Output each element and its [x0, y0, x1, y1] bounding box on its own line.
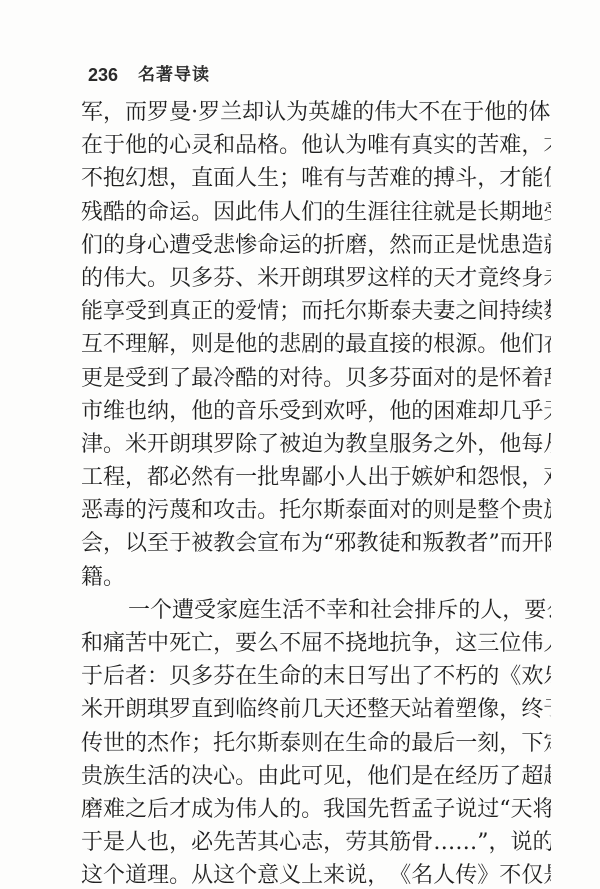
paragraph-1: 军，而罗曼·罗兰却认为英雄的伟大不在于他的体魄，而 在于他的心灵和品格。他认为唯…	[81, 96, 551, 594]
text-line: 工程，都必然有一批卑鄙小人出于嫉妒和怨恨，对他进行	[81, 461, 551, 494]
text-line: 恶毒的污蔑和攻击。托尔斯泰面对的则是整个贵族上流社	[81, 494, 551, 527]
book-page: 236 名著导读 军，而罗曼·罗兰却认为英雄的伟大不在于他的体魄，而 在于他的心…	[0, 0, 600, 889]
text-line: 市维也纳，他的音乐受到欢呼，他的困难却几乎无人问	[81, 395, 551, 428]
page-number: 236	[88, 62, 118, 88]
text-line: 津。米开朗琪罗除了被迫为教皇服务之外，他每从事一项	[81, 428, 551, 461]
text-line: 磨难之后才成为伟人的。我国先哲孟子说过“天将降大任	[81, 793, 551, 826]
text-line: 贵族生活的决心。由此可见，他们是在经历了超越常人的	[81, 760, 551, 793]
text-line: 这个道理。从这个意义上来说，《名人传》不仅是一部文	[81, 859, 551, 889]
text-line: 于后者：贝多芬在生命的末日写出了不朽的《欢乐颂》；	[81, 660, 551, 693]
text-line: 在于他的心灵和品格。他认为唯有真实的苦难，才能使人	[81, 129, 551, 162]
text-line: 的伟大。贝多芬、米开朗琪罗这样的天才竟终身未婚，未	[81, 262, 551, 295]
paragraph-2: 一个遭受家庭生活不幸和社会排斥的人，要么在孤独 和痛苦中死亡，要么不屈不挠地抗争…	[81, 594, 551, 889]
running-title: 名著导读	[138, 62, 210, 88]
text-line: 们的身心遭受悲惨命运的折磨，然而正是忧患造就了他们	[81, 229, 551, 262]
text-line: 一个遭受家庭生活不幸和社会排斥的人，要么在孤独	[81, 594, 551, 627]
text-line: 传世的杰作；托尔斯泰则在生命的最后一刻，下定了摆脱	[81, 727, 551, 760]
text-line: 和痛苦中死亡，要么不屈不挠地抗争，这三位伟人正是属	[81, 627, 551, 660]
text-line: 会，以至于被教会宣布为“邪教徒和叛教者”而开除了教	[81, 527, 551, 560]
body-text: 军，而罗曼·罗兰却认为英雄的伟大不在于他的体魄，而 在于他的心灵和品格。他认为唯…	[81, 96, 551, 889]
text-line: 更是受到了最冷酷的对待。贝多芬面对的是怀着敌意的城	[81, 362, 551, 395]
text-line: 米开朗琪罗直到临终前几天还整天站着塑像，终于留下了	[81, 693, 551, 726]
text-line: 能享受到真正的爱情；而托尔斯泰夫妻之间持续数十年的	[81, 295, 551, 328]
text-line: 不抱幻想，直面人生；唯有与苦难的搏斗，才能使人经受	[81, 162, 551, 195]
text-line: 互不理解，则是他的悲剧的最直接的根源。他们在社会上	[81, 328, 551, 361]
text-line: 于是人也，必先苦其心志，劳其筋骨……”，说的也正是	[81, 826, 551, 859]
text-line: 残酷的命运。因此伟人们的生涯往往就是长期地受难，他	[81, 196, 551, 229]
text-line: 籍。	[81, 561, 551, 594]
text-line: 军，而罗曼·罗兰却认为英雄的伟大不在于他的体魄，而	[81, 96, 551, 129]
